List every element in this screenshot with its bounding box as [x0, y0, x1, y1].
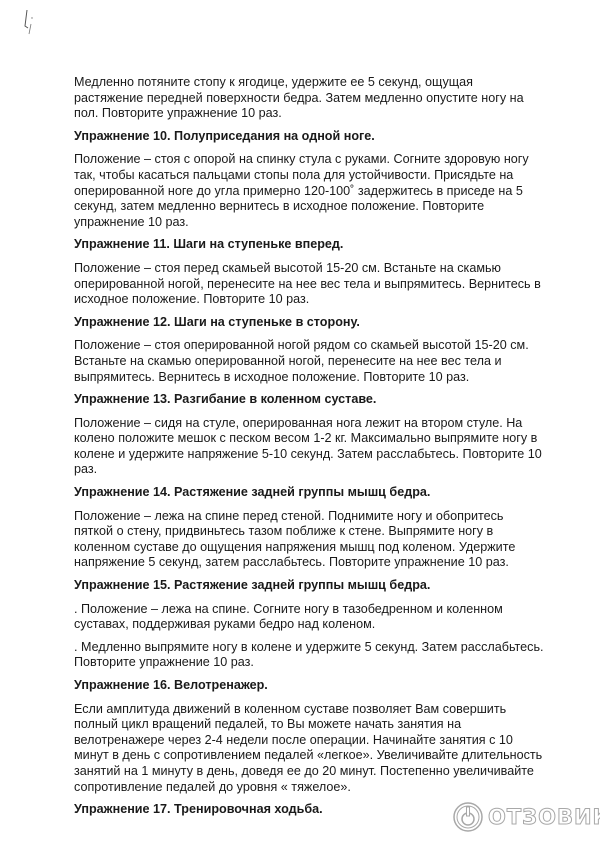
paragraph: . Положение – лежа на спине. Согните ног… [74, 602, 544, 633]
paragraph: Положение – стоя с опорой на спинку стул… [74, 152, 544, 230]
exercise-heading: Упражнение 13. Разгибание в коленном сус… [74, 392, 544, 408]
exercise-heading: Упражнение 14. Растяжение задней группы … [74, 485, 544, 501]
paragraph: Если амплитуда движений в коленном суста… [74, 702, 544, 796]
paragraph: Положение – стоя перед скамьей высотой 1… [74, 261, 544, 308]
power-circle-icon [452, 801, 484, 833]
handwritten-mark [18, 6, 42, 36]
paragraph: Положение – лежа на спине перед стеной. … [74, 509, 544, 571]
paragraph: . Медленно выпрямите ногу в колене и уде… [74, 640, 544, 671]
paragraph: Положение – сидя на стуле, оперированная… [74, 416, 544, 478]
exercise-heading: Упражнение 10. Полуприседания на одной н… [74, 129, 544, 145]
exercise-heading: Упражнение 12. Шаги на ступеньке в сторо… [74, 315, 544, 331]
paragraph: Положение – стоя оперированной ногой ряд… [74, 338, 544, 385]
exercise-heading: Упражнение 15. Растяжение задней группы … [74, 578, 544, 594]
exercise-heading: Упражнение 16. Велотренажер. [74, 678, 544, 694]
document-body: Медленно потяните стопу к ягодице, удерж… [74, 75, 544, 826]
exercise-heading: Упражнение 11. Шаги на ступеньке вперед. [74, 237, 544, 253]
paragraph: Медленно потяните стопу к ягодице, удерж… [74, 75, 544, 122]
watermark-text: ОТЗОВИК [488, 805, 600, 829]
otzovik-watermark: ОТЗОВИК [452, 801, 600, 833]
